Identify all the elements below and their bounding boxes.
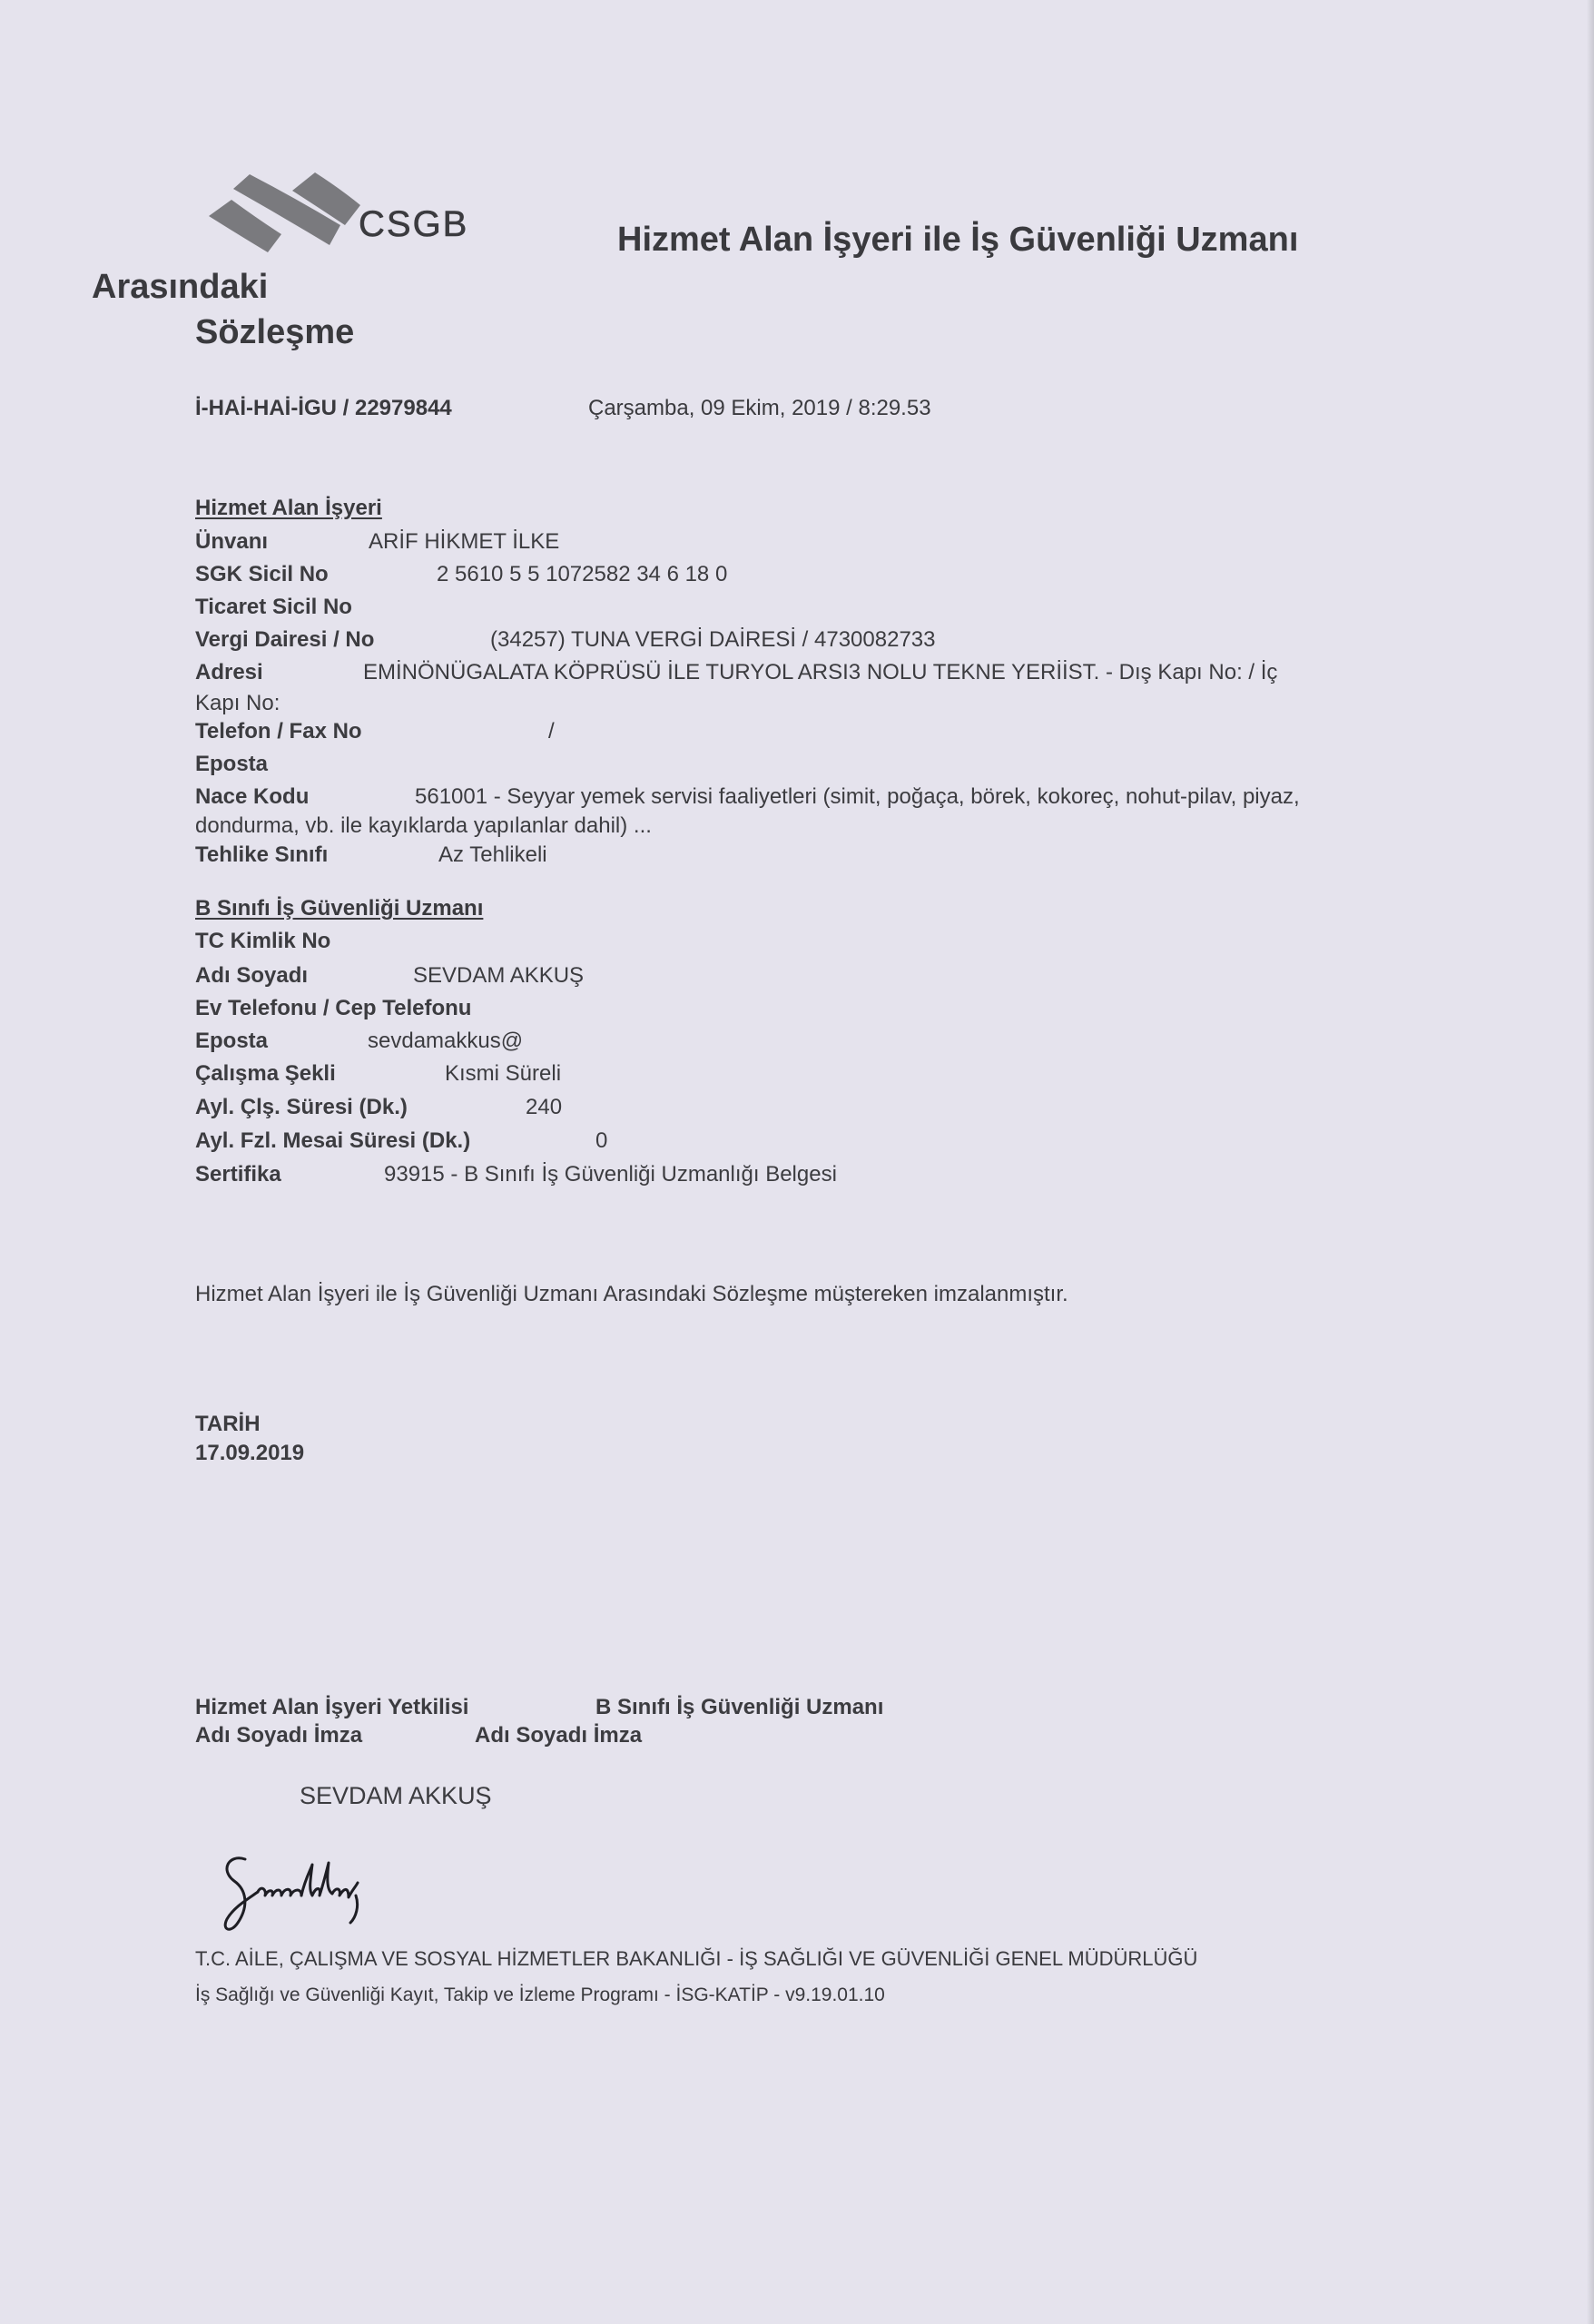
section-title-workplace: Hizmet Alan İşyeri <box>195 496 382 521</box>
label-tehlike-sinifi: Tehlike Sınıfı <box>195 842 328 868</box>
label-eposta-specialist: Eposta <box>195 1029 268 1054</box>
value-fazla-mesai-suresi: 0 <box>595 1128 607 1154</box>
footer-ministry: T.C. AİLE, ÇALIŞMA VE SOSYAL HİZMETLER B… <box>195 1947 1197 1971</box>
footer-program: İş Sağlığı ve Güvenliği Kayıt, Takip ve … <box>195 1984 885 2006</box>
label-vergi-dairesi: Vergi Dairesi / No <box>195 627 374 653</box>
issued-datetime: Çarşamba, 09 Ekim, 2019 / 8:29.53 <box>588 396 931 421</box>
label-sgk-sicil: SGK Sicil No <box>195 562 329 587</box>
value-vergi-dairesi: (34257) TUNA VERGİ DAİRESİ / 4730082733 <box>490 627 936 653</box>
signature-left-title: Hizmet Alan İşyeri Yetkilisi <box>195 1695 468 1720</box>
value-sgk-sicil: 2 5610 5 5 1072582 34 6 18 0 <box>437 562 727 587</box>
reference-number: İ-HAİ-HAİ-İGU / 22979844 <box>195 396 452 421</box>
document-title: Hizmet Alan İşyeri ile İş Güvenliği Uzma… <box>617 221 1298 260</box>
signature-right-title: B Sınıfı İş Güvenliği Uzmanı <box>595 1695 883 1720</box>
label-tc-kimlik: TC Kimlik No <box>195 929 330 954</box>
document-title-line3: Sözleşme <box>195 313 354 352</box>
agreement-statement: Hizmet Alan İşyeri ile İş Güvenliği Uzma… <box>195 1282 1068 1307</box>
value-adres-cont: Kapı No: <box>195 691 280 716</box>
date-label: TARİH <box>195 1412 261 1437</box>
logo-text: CSGB <box>359 204 468 245</box>
label-fazla-mesai-suresi: Ayl. Fzl. Mesai Süresi (Dk.) <box>195 1128 470 1154</box>
label-unvan: Ünvanı <box>195 529 268 555</box>
value-eposta-specialist: sevdamakkus@ <box>368 1029 523 1054</box>
value-sertifika: 93915 - B Sınıfı İş Güvenliği Uzmanlığı … <box>384 1162 837 1187</box>
label-sertifika: Sertifika <box>195 1162 281 1187</box>
handwritten-signature-icon <box>211 1843 392 1943</box>
value-adi-soyadi: SEVDAM AKKUŞ <box>413 963 584 989</box>
date-value: 17.09.2019 <box>195 1441 304 1466</box>
signer-name: SEVDAM AKKUŞ <box>300 1782 492 1810</box>
document-title-line2: Arasındaki <box>92 268 268 307</box>
signature-right-subtitle: Adı Soyadı İmza <box>475 1723 642 1748</box>
label-adres: Adresi <box>195 660 263 685</box>
value-tehlike-sinifi: Az Tehlikeli <box>438 842 547 868</box>
value-nace-kodu: 561001 - Seyyar yemek servisi faaliyetle… <box>415 784 1300 810</box>
value-adres: EMİNÖNÜGALATA KÖPRÜSÜ İLE TURYOL ARSI3 N… <box>363 660 1277 685</box>
label-calisma-sekli: Çalışma Şekli <box>195 1061 336 1087</box>
page-edge-shadow <box>1587 0 1594 2324</box>
value-unvan: ARİF HİKMET İLKE <box>369 529 559 555</box>
section-title-specialist: B Sınıfı İş Güvenliği Uzmanı <box>195 896 483 921</box>
label-ticaret-sicil: Ticaret Sicil No <box>195 595 352 620</box>
value-telefon-fax: / <box>548 719 555 744</box>
label-telefon-specialist: Ev Telefonu / Cep Telefonu <box>195 996 471 1021</box>
label-aylik-calisma-suresi: Ayl. Çlş. Süresi (Dk.) <box>195 1095 408 1120</box>
value-aylik-calisma-suresi: 240 <box>526 1095 562 1120</box>
value-nace-kodu-cont: dondurma, vb. ile kayıklarda yapılanlar … <box>195 813 652 839</box>
value-calisma-sekli: Kısmi Süreli <box>445 1061 561 1087</box>
label-eposta-workplace: Eposta <box>195 752 268 777</box>
signature-left-subtitle: Adı Soyadı İmza <box>195 1723 362 1748</box>
label-nace-kodu: Nace Kodu <box>195 784 309 810</box>
label-adi-soyadi: Adı Soyadı <box>195 963 308 989</box>
label-telefon-fax: Telefon / Fax No <box>195 719 362 744</box>
